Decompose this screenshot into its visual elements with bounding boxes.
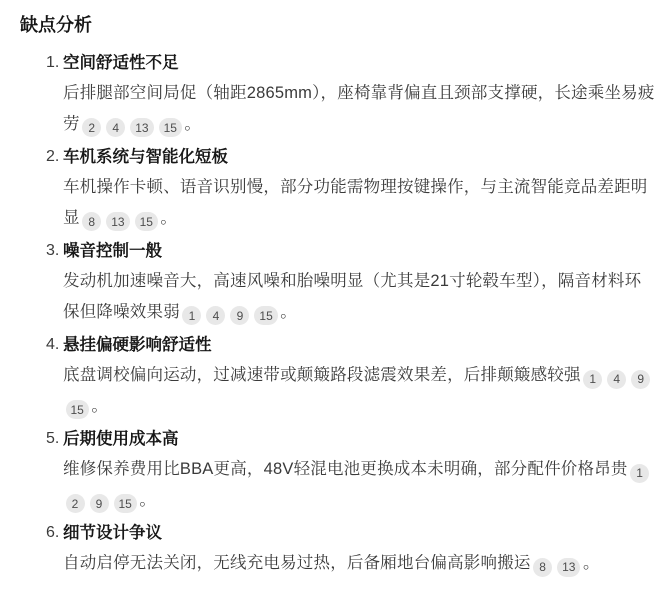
- body-text: 。: [280, 303, 297, 321]
- item-body: 车机操作卡顿、语音识别慢，部分功能需物理按键操作，与主流智能竞品差距明显8131…: [63, 172, 655, 233]
- citation-badge[interactable]: 15: [254, 306, 277, 325]
- item-heading: 后期使用成本高: [63, 424, 655, 454]
- item-number: 6.: [46, 518, 59, 548]
- item-heading: 细节设计争议: [63, 518, 655, 548]
- item-body: 自动启停无法关闭，无线充电易过热，后备厢地台偏高影响搬运813。: [63, 548, 655, 579]
- list-item: 1.空间舒适性不足后排腿部空间局促（轴距2865mm），座椅靠背偏直且颈部支撑硬…: [20, 48, 655, 139]
- citation-badge[interactable]: 9: [631, 370, 650, 389]
- item-number: 3.: [46, 236, 59, 266]
- citation-badge[interactable]: 9: [230, 306, 249, 325]
- cons-list: 1.空间舒适性不足后排腿部空间局促（轴距2865mm），座椅靠背偏直且颈部支撑硬…: [20, 48, 655, 579]
- citation-badge[interactable]: 15: [159, 118, 182, 137]
- citation-badge[interactable]: 15: [135, 212, 158, 231]
- item-number: 1.: [46, 48, 59, 78]
- citation-badge[interactable]: 1: [630, 464, 649, 483]
- citation-badge[interactable]: 13: [130, 118, 153, 137]
- item-body: 发动机加速噪音大，高速风噪和胎噪明显（尤其是21寸轮毂车型），隔音材料环保但降噪…: [63, 266, 655, 327]
- body-text: 自动启停无法关闭，无线充电易过热，后备厢地台偏高影响搬运: [63, 554, 531, 572]
- citation-badge[interactable]: 15: [114, 494, 137, 513]
- citation-badge[interactable]: 8: [82, 212, 101, 231]
- body-text: 。: [583, 554, 600, 572]
- citation-badge[interactable]: 4: [206, 306, 225, 325]
- body-text: 。: [139, 491, 156, 509]
- citation-badge[interactable]: 1: [182, 306, 201, 325]
- list-item: 5.后期使用成本高维修保养费用比BBA更高，48V轻混电池更换成本未明确，部分配…: [20, 424, 655, 515]
- list-item: 3.噪音控制一般发动机加速噪音大，高速风噪和胎噪明显（尤其是21寸轮毂车型），隔…: [20, 236, 655, 327]
- list-item: 2.车机系统与智能化短板车机操作卡顿、语音识别慢，部分功能需物理按键操作，与主流…: [20, 142, 655, 233]
- citation-badge[interactable]: 2: [82, 118, 101, 137]
- list-item: 4.悬挂偏硬影响舒适性底盘调校偏向运动，过减速带或颠簸路段滤震效果差，后排颠簸感…: [20, 330, 655, 421]
- citation-badge[interactable]: 13: [557, 558, 580, 577]
- item-heading: 噪音控制一般: [63, 236, 655, 266]
- analysis-page: 缺点分析 1.空间舒适性不足后排腿部空间局促（轴距2865mm），座椅靠背偏直且…: [0, 0, 671, 592]
- item-number: 2.: [46, 142, 59, 172]
- item-heading: 车机系统与智能化短板: [63, 142, 655, 172]
- citation-badge[interactable]: 13: [106, 212, 129, 231]
- body-text: 底盘调校偏向运动，过减速带或颠簸路段滤震效果差，后排颠簸感较强: [63, 366, 581, 384]
- body-text: 发动机加速噪音大，高速风噪和胎噪明显（尤其是21寸轮毂车型），隔音材料环保但降噪…: [63, 272, 641, 321]
- citation-badge[interactable]: 8: [533, 558, 552, 577]
- body-text: 维修保养费用比BBA更高，48V轻混电池更换成本未明确，部分配件价格昂贵: [63, 460, 628, 478]
- citation-badge[interactable]: 2: [66, 494, 85, 513]
- item-body: 后排腿部空间局促（轴距2865mm），座椅靠背偏直且颈部支撑硬，长途乘坐易疲劳2…: [63, 78, 655, 139]
- citation-badge[interactable]: 9: [90, 494, 109, 513]
- item-number: 4.: [46, 330, 59, 360]
- citation-badge[interactable]: 15: [66, 400, 89, 419]
- page-title: 缺点分析: [20, 13, 655, 37]
- item-body: 底盘调校偏向运动，过减速带或颠簸路段滤震效果差，后排颠簸感较强14915。: [63, 360, 655, 421]
- citation-badge[interactable]: 4: [106, 118, 125, 137]
- item-number: 5.: [46, 424, 59, 454]
- list-item: 6.细节设计争议自动启停无法关闭，无线充电易过热，后备厢地台偏高影响搬运813。: [20, 518, 655, 579]
- item-heading: 悬挂偏硬影响舒适性: [63, 330, 655, 360]
- citation-badge[interactable]: 1: [583, 370, 602, 389]
- item-heading: 空间舒适性不足: [63, 48, 655, 78]
- body-text: 。: [160, 209, 177, 227]
- citation-badge[interactable]: 4: [607, 370, 626, 389]
- body-text: 。: [91, 397, 108, 415]
- body-text: 。: [184, 115, 201, 133]
- item-body: 维修保养费用比BBA更高，48V轻混电池更换成本未明确，部分配件价格昂贵1291…: [63, 454, 655, 515]
